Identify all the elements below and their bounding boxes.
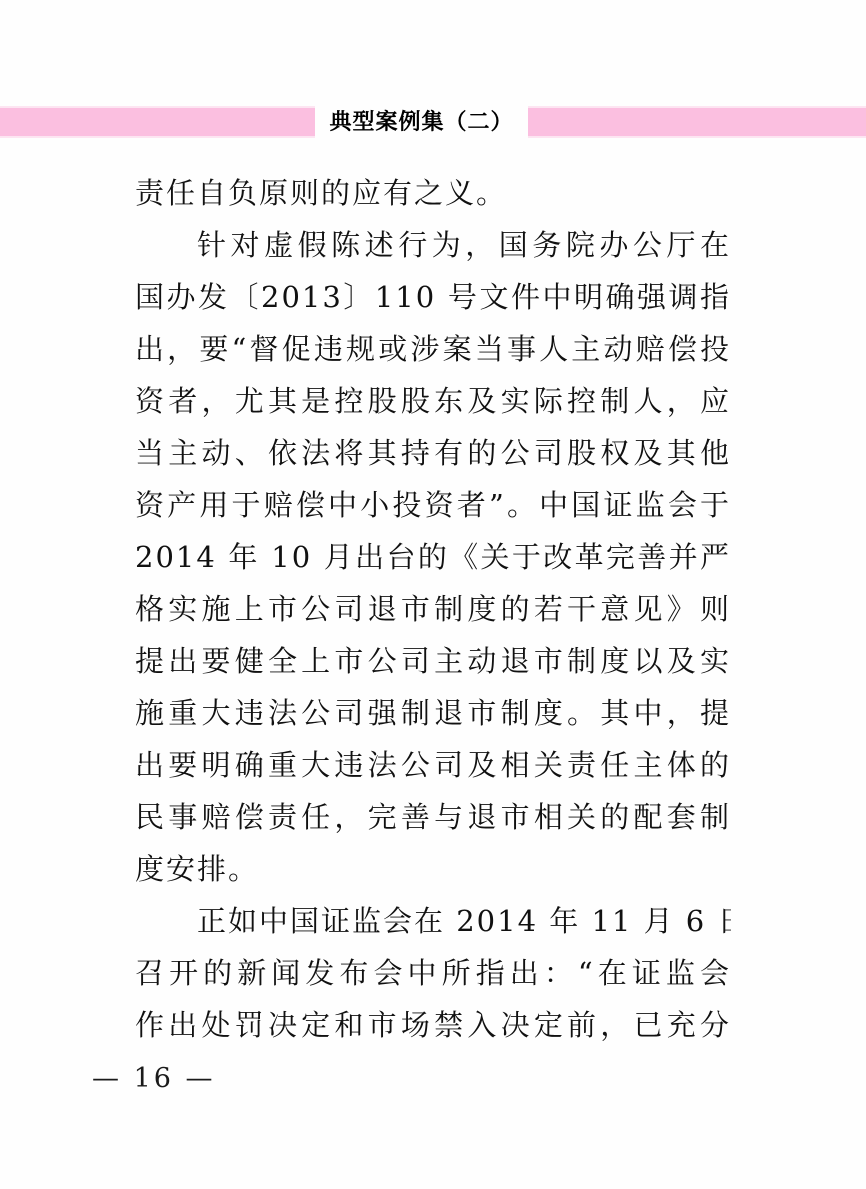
text-line: 正如中国证监会在 2014 年 11 月 6 日	[135, 895, 731, 947]
body-text: 责任自负原则的应有之义。针对虚假陈述行为，国务院办公厅在国办发〔2013〕110…	[135, 167, 731, 1051]
text-line: 施重大违法公司强制退市制度。其中，提	[135, 687, 731, 739]
text-line: 资者，尤其是控股股东及实际控制人，应	[135, 375, 731, 427]
page-header-title: 典型案例集（二）	[329, 105, 513, 136]
text-line: 针对虚假陈述行为，国务院办公厅在	[135, 219, 731, 271]
text-line: 民事赔偿责任，完善与退市相关的配套制	[135, 791, 731, 843]
text-line: 国办发〔2013〕110 号文件中明确强调指	[135, 271, 731, 323]
page-number: — 16 —	[92, 1063, 216, 1094]
text-line: 资产用于赔偿中小投资者”。中国证监会于	[135, 479, 731, 531]
book-page: 典型案例集（二） 责任自负原则的应有之义。针对虚假陈述行为，国务院办公厅在国办发…	[0, 0, 866, 1189]
header-title-box: 典型案例集（二）	[315, 104, 528, 138]
text-line: 提出要健全上市公司主动退市制度以及实	[135, 635, 731, 687]
text-line: 出要明确重大违法公司及相关责任主体的	[135, 739, 731, 791]
text-line: 作出处罚决定和市场禁入决定前，已充分	[135, 999, 731, 1051]
text-line: 召开的新闻发布会中所指出：“在证监会	[135, 947, 731, 999]
page-header: 典型案例集（二）	[0, 108, 866, 136]
text-line: 当主动、依法将其持有的公司股权及其他	[135, 427, 731, 479]
text-line: 格实施上市公司退市制度的若干意见》则	[135, 583, 731, 635]
text-line: 责任自负原则的应有之义。	[135, 167, 731, 219]
header-pink-bar	[528, 108, 866, 136]
text-line: 度安排。	[135, 843, 731, 895]
header-pink-bar	[0, 108, 315, 136]
text-line: 出，要“督促违规或涉案当事人主动赔偿投	[135, 323, 731, 375]
text-line: 2014 年 10 月出台的《关于改革完善并严	[135, 531, 731, 583]
